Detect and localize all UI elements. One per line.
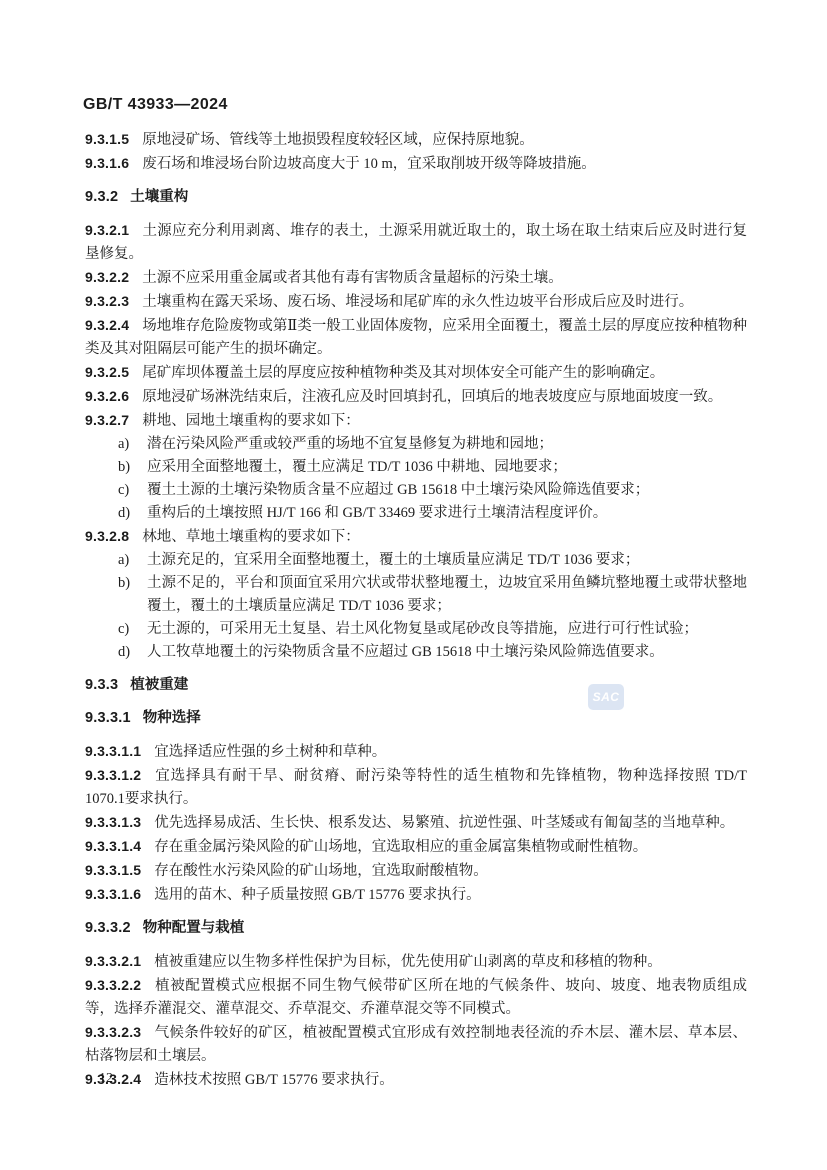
clause-text: 存在重金属污染风险的矿山场地，宜选取相应的重金属富集植物或耐性植物。: [154, 839, 647, 855]
clause-text: 原地浸矿场淋洗结束后，注液孔应及时回填封孔，回填后的地表坡度应与原地面坡度一致。: [142, 389, 722, 405]
clause-paragraph: 9.3.3.1.5存在酸性水污染风险的矿山场地，宜选取耐酸植物。: [85, 859, 747, 883]
sac-watermark-text: SAC: [593, 690, 620, 704]
clause-text: 废石场和堆浸场台阶边坡高度大于 10 m，宜采取削坡开级等降坡措施。: [142, 156, 596, 172]
list-item: d)重构后的土壤按照 HJ/T 166 和 GB/T 33469 要求进行土壤清…: [85, 502, 747, 525]
clause-number: 9.3.2.3: [85, 293, 129, 309]
list-item: d)人工牧草地覆土的污染物质含量不应超过 GB 15618 中土壤污染风险筛选值…: [85, 641, 747, 664]
section-heading: 9.3.2土壤重构: [85, 186, 747, 209]
list-item: c)无土源的，可采用无土复垦、岩土风化物复垦或尾砂改良等措施，应进行可行性试验；: [85, 618, 747, 641]
clause-number: 9.3.2.5: [85, 364, 129, 380]
clause-number: 9.3.3.1.1: [85, 743, 141, 759]
clause-text: 植被重建: [130, 677, 188, 693]
clause-paragraph: 9.3.2.5尾矿库坝体覆盖土层的厚度应按种植物种类及其对坝体安全可能产生的影响…: [85, 361, 747, 385]
standard-number-header: GB/T 43933—2024: [83, 96, 228, 114]
clause-text: 土源不应采用重金属或者其他有毒有害物质含量超标的污染土壤。: [142, 270, 563, 286]
clause-paragraph: 9.3.3.1.2宜选择具有耐干旱、耐贫瘠、耐污染等特性的适生植物和先锋植物，物…: [85, 764, 747, 811]
list-item: a)土源充足的，宜采用全面整地覆土，覆土的土壤质量应满足 TD/T 1036 要…: [85, 549, 747, 572]
list-item-text: 覆土土源的土壤污染物质含量不应超过 GB 15618 中土壤污染风险筛选值要求；: [147, 482, 649, 498]
clause-number: 9.3.3.1.2: [85, 767, 141, 783]
section-heading: 9.3.3植被重建: [85, 674, 747, 697]
list-item-text: 无土源的，可采用无土复垦、岩土风化物复垦或尾砂改良等措施，应进行可行性试验；: [147, 621, 698, 637]
clause-paragraph: 9.3.3.2.3气候条件较好的矿区，植被配置模式宜形成有效控制地表径流的乔木层…: [85, 1021, 747, 1068]
clause-number: 9.3.2.1: [85, 222, 129, 238]
clause-paragraph: 9.3.1.5原地浸矿场、管线等土地损毁程度较轻区域，应保持原地貌。: [85, 128, 747, 152]
clause-text: 气候条件较好的矿区，植被配置模式宜形成有效控制地表径流的乔木层、灌木层、草本层、…: [85, 1025, 747, 1064]
clause-text: 优先选择易成活、生长快、根系发达、易繁殖、抗逆性强、叶茎矮或有匍匐茎的当地草种。: [154, 815, 734, 831]
list-item: a)潜在污染风险严重或较严重的场地不宜复垦修复为耕地和园地；: [85, 433, 747, 456]
clause-text: 植被配置模式应根据不同生物气候带矿区所在地的气候条件、坡向、坡度、地表物质组成等…: [85, 978, 747, 1017]
clause-text: 耕地、园地土壤重构的要求如下：: [142, 413, 360, 429]
list-item-marker: b): [118, 572, 130, 595]
clause-number: 9.3.3.2: [85, 920, 131, 936]
clause-text: 土壤重构在露天采场、废石场、堆浸场和尾矿库的永久性边坡平台形成后应及时进行。: [142, 294, 693, 310]
list-item-marker: b): [118, 456, 130, 479]
list-item-marker: a): [118, 549, 129, 572]
clause-number: 9.3.3: [85, 677, 118, 693]
clause-text: 造林技术按照 GB/T 15776 要求执行。: [154, 1072, 393, 1088]
sac-watermark-icon: SAC: [588, 684, 624, 710]
list-item-text: 应采用全面整地覆土，覆土应满足 TD/T 1036 中耕地、园地要求；: [147, 459, 567, 475]
clause-paragraph: 9.3.3.2.2植被配置模式应根据不同生物气候带矿区所在地的气候条件、坡向、坡…: [85, 974, 747, 1021]
clause-paragraph: 9.3.3.1.6选用的苗木、种子质量按照 GB/T 15776 要求执行。: [85, 883, 747, 907]
section-heading: 9.3.3.1物种选择: [85, 707, 747, 730]
list-item-text: 土源不足的，平台和顶面宜采用穴状或带状整地覆土，边坡宜采用鱼鳞坑整地覆土或带状整…: [147, 575, 747, 614]
clause-number: 9.3.3.2.4: [85, 1071, 141, 1087]
clause-number: 9.3.2.2: [85, 269, 129, 285]
clause-number: 9.3.3.2.2: [85, 977, 141, 993]
clause-number: 9.3.2.4: [85, 317, 129, 333]
clause-number: 9.3.3.1.4: [85, 838, 141, 854]
clause-number: 9.3.1.6: [85, 155, 129, 171]
document-page: GB/T 43933—2024 9.3.1.5原地浸矿场、管线等土地损毁程度较轻…: [0, 0, 827, 1170]
list-item-text: 潜在污染风险严重或较严重的场地不宜复垦修复为耕地和园地；: [147, 436, 553, 452]
list-item-marker: d): [118, 502, 130, 525]
clause-number: 9.3.3.2.3: [85, 1024, 141, 1040]
clause-number: 9.3.2.7: [85, 412, 129, 428]
clause-paragraph: 9.3.1.6废石场和堆浸场台阶边坡高度大于 10 m，宜采取削坡开级等降坡措施…: [85, 152, 747, 176]
clause-paragraph: 9.3.3.1.1宜选择适应性强的乡土树种和草种。: [85, 740, 747, 764]
clause-text: 土壤重构: [130, 189, 188, 205]
clause-paragraph: 9.3.2.1土源应充分利用剥离、堆存的表土，土源采用就近取土的，取土场在取土结…: [85, 219, 747, 266]
clause-paragraph: 9.3.2.7耕地、园地土壤重构的要求如下：: [85, 409, 747, 433]
list-item: c)覆土土源的土壤污染物质含量不应超过 GB 15618 中土壤污染风险筛选值要…: [85, 479, 747, 502]
clause-paragraph: 9.3.2.3土壤重构在露天采场、废石场、堆浸场和尾矿库的永久性边坡平台形成后应…: [85, 290, 747, 314]
clause-text: 宜选择适应性强的乡土树种和草种。: [154, 744, 386, 760]
clause-paragraph: 9.3.3.1.4存在重金属污染风险的矿山场地，宜选取相应的重金属富集植物或耐性…: [85, 835, 747, 859]
clause-number: 9.3.1.5: [85, 131, 129, 147]
clause-paragraph: 9.3.2.2土源不应采用重金属或者其他有毒有害物质含量超标的污染土壤。: [85, 266, 747, 290]
clause-text: 宜选择具有耐干旱、耐贫瘠、耐污染等特性的适生植物和先锋植物，物种选择按照 TD/…: [85, 768, 747, 807]
clause-paragraph: 9.3.3.2.4造林技术按照 GB/T 15776 要求执行。: [85, 1068, 747, 1092]
clause-paragraph: 9.3.3.1.3优先选择易成活、生长快、根系发达、易繁殖、抗逆性强、叶茎矮或有…: [85, 811, 747, 835]
clause-number: 9.3.3.1.6: [85, 886, 141, 902]
clause-number: 9.3.2: [85, 189, 118, 205]
clause-number: 9.3.3.2.1: [85, 953, 141, 969]
list-item-text: 重构后的土壤按照 HJ/T 166 和 GB/T 33469 要求进行土壤清洁程…: [147, 505, 607, 521]
clause-text: 场地堆存危险废物或第Ⅱ类一般工业固体废物，应采用全面覆土，覆盖土层的厚度应按种植…: [85, 318, 747, 357]
list-item-text: 人工牧草地覆土的污染物质含量不应超过 GB 15618 中土壤污染风险筛选值要求…: [147, 644, 664, 660]
clause-number: 9.3.3.1: [85, 710, 131, 726]
clause-text: 原地浸矿场、管线等土地损毁程度较轻区域，应保持原地貌。: [142, 132, 534, 148]
clause-number: 9.3.3.1.5: [85, 862, 141, 878]
clause-number: 9.3.3.1.3: [85, 814, 141, 830]
clause-paragraph: 9.3.2.8林地、草地土壤重构的要求如下：: [85, 525, 747, 549]
section-heading: 9.3.3.2物种配置与栽植: [85, 917, 747, 940]
clause-text: 尾矿库坝体覆盖土层的厚度应按种植物种类及其对坝体安全可能产生的影响确定。: [142, 365, 664, 381]
clause-paragraph: 9.3.3.2.1植被重建应以生物多样性保护为目标，优先使用矿山剥离的草皮和移植…: [85, 950, 747, 974]
clause-paragraph: 9.3.2.6原地浸矿场淋洗结束后，注液孔应及时回填封孔，回填后的地表坡度应与原…: [85, 385, 747, 409]
clause-text: 植被重建应以生物多样性保护为目标，优先使用矿山剥离的草皮和移植的物种。: [154, 954, 662, 970]
list-item: b)应采用全面整地覆土，覆土应满足 TD/T 1036 中耕地、园地要求；: [85, 456, 747, 479]
clause-text: 物种选择: [143, 710, 201, 726]
clause-text: 物种配置与栽植: [143, 920, 245, 936]
clause-paragraph: 9.3.2.4场地堆存危险废物或第Ⅱ类一般工业固体废物，应采用全面覆土，覆盖土层…: [85, 314, 747, 361]
list-item-text: 土源充足的，宜采用全面整地覆土，覆土的土壤质量应满足 TD/T 1036 要求；: [147, 552, 639, 568]
clause-text: 林地、草地土壤重构的要求如下：: [142, 529, 360, 545]
page-number: 12: [99, 1071, 113, 1087]
clause-number: 9.3.2.6: [85, 388, 129, 404]
list-item-marker: c): [118, 618, 129, 641]
list-item-marker: c): [118, 479, 129, 502]
document-body: 9.3.1.5原地浸矿场、管线等土地损毁程度较轻区域，应保持原地貌。9.3.1.…: [85, 128, 747, 1092]
clause-text: 土源应充分利用剥离、堆存的表土，土源采用就近取土的，取土场在取土结束后应及时进行…: [85, 223, 747, 262]
clause-text: 存在酸性水污染风险的矿山场地，宜选取耐酸植物。: [154, 863, 488, 879]
list-item-marker: a): [118, 433, 129, 456]
list-item-marker: d): [118, 641, 130, 664]
clause-number: 9.3.2.8: [85, 528, 129, 544]
clause-text: 选用的苗木、种子质量按照 GB/T 15776 要求执行。: [154, 887, 480, 903]
list-item: b)土源不足的，平台和顶面宜采用穴状或带状整地覆土，边坡宜采用鱼鳞坑整地覆土或带…: [85, 572, 747, 618]
